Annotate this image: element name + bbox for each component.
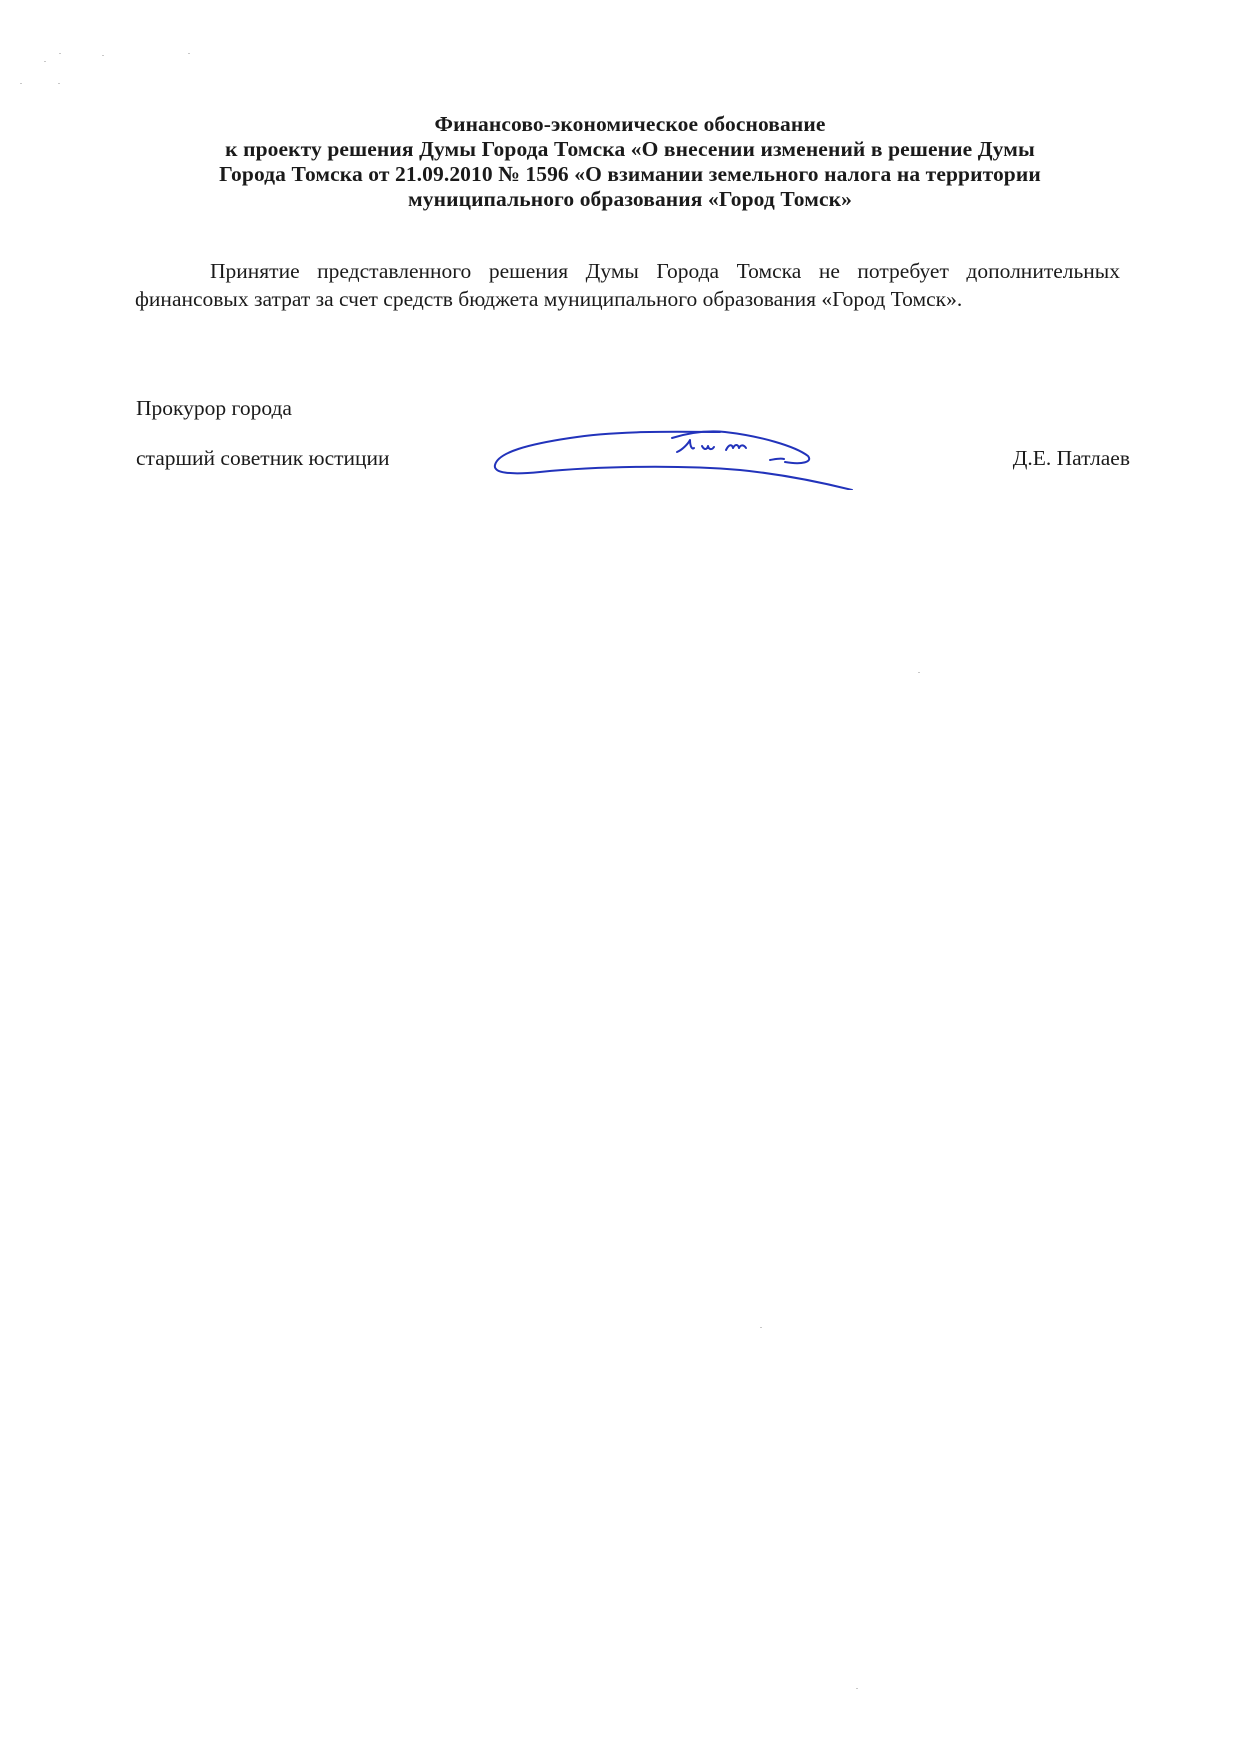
scan-artifact (918, 672, 920, 673)
handwritten-signature-icon (480, 410, 860, 490)
scan-artifact (59, 53, 61, 54)
signer-name: Д.Е. Патлаев (1013, 445, 1130, 471)
scan-artifact (760, 1327, 762, 1328)
scan-artifact (102, 55, 104, 56)
scan-artifact (856, 1688, 858, 1689)
document-body: Принятие представленного решения Думы Го… (135, 258, 1120, 313)
heading-line-4: муниципального образования «Город Томск» (130, 187, 1130, 212)
body-paragraph: Принятие представленного решения Думы Го… (135, 258, 1120, 313)
signer-rank: старший советник юстиции (136, 445, 390, 471)
signer-position: Прокурор города (136, 395, 292, 421)
heading-line-1: Финансово-экономическое обоснование (130, 112, 1130, 137)
scan-artifact (188, 53, 190, 54)
scan-artifact (44, 61, 46, 62)
heading-line-3: Города Томска от 21.09.2010 № 1596 «О вз… (130, 162, 1130, 187)
document-heading: Финансово-экономическое обоснование к пр… (130, 112, 1130, 212)
scan-artifact (58, 83, 60, 84)
scan-artifact (20, 83, 22, 84)
heading-line-2: к проекту решения Думы Города Томска «О … (130, 137, 1130, 162)
document-page: Финансово-экономическое обоснование к пр… (0, 0, 1240, 1753)
